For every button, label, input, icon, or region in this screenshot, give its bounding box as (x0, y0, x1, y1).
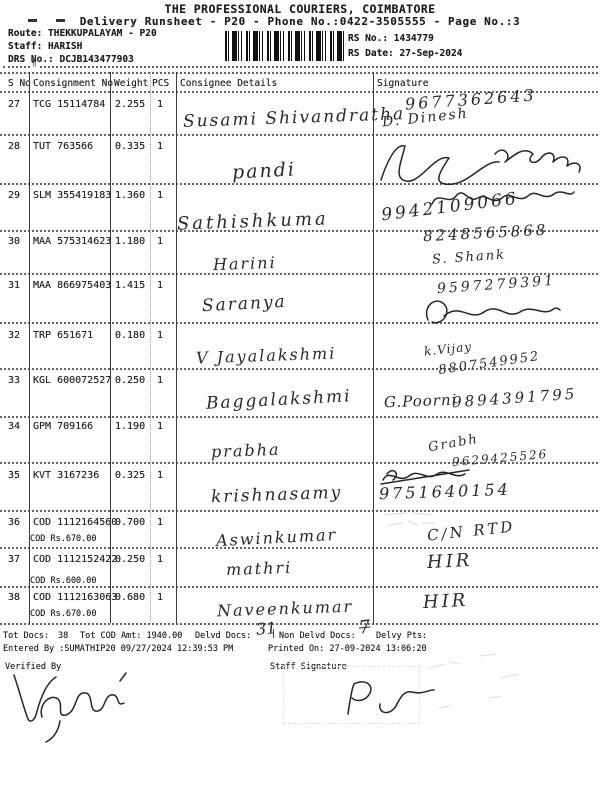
delvd-separator: | (271, 630, 276, 639)
column-rule (110, 72, 111, 623)
row-consignment: MAA 866975403 (33, 280, 111, 291)
company-title: THE PROFESSIONAL COURIERS, COIMBATORE (0, 3, 600, 16)
row-sno: 28 (8, 141, 20, 152)
col-header-pcs: PCS (152, 79, 169, 89)
col-header-consignment: Consignment No (33, 79, 113, 89)
row-pcs: 1 (157, 99, 163, 110)
consignee-handwriting: pandi (232, 160, 297, 182)
row-weight: 0.335 (115, 141, 145, 152)
row-pcs: 1 (157, 190, 163, 201)
consignee-handwriting: prabha (211, 442, 281, 460)
row-sno: 32 (8, 330, 20, 341)
scan-artifact-dash (56, 19, 65, 22)
divider-dotted (40, 66, 598, 68)
column-rule (176, 72, 177, 623)
row-pcs: 1 (157, 470, 163, 481)
row-sno: 31 (8, 280, 20, 291)
faint-stamp-artifact (370, 505, 440, 531)
tot-docs-label: Tot Docs: (3, 632, 49, 641)
row-pcs: 1 (157, 141, 163, 152)
tot-cod-amount: Tot COD Amt: 1940.00 (80, 632, 182, 641)
consignee-handwriting: V Jayalakshmi (196, 346, 337, 367)
tot-docs-value: 38 (58, 632, 68, 641)
row-weight: 0.250 (115, 375, 145, 386)
row-consignment: SLM 355419183 (33, 190, 111, 201)
consignee-handwriting: mathri (226, 560, 293, 578)
row-pcs: 1 (157, 236, 163, 247)
row-weight: 0.180 (115, 330, 145, 341)
row-weight: 0.680 (115, 592, 145, 603)
row-rule (0, 416, 598, 418)
row-weight: 1.180 (115, 236, 145, 247)
consignee-handwriting: Aswinkumar (216, 527, 338, 549)
row-pcs: 1 (157, 592, 163, 603)
table-bottom-rule (0, 623, 598, 625)
route-text: Route: THEKKUPALAYAM - P20 (8, 29, 157, 39)
row-cod-amount: COD Rs.600.00 (30, 577, 97, 586)
col-header-weight: Weight (114, 79, 148, 89)
scan-artifact-dash (28, 19, 37, 22)
row-sno: 38 (8, 592, 20, 603)
column-rule-faint (150, 72, 151, 623)
row-consignment: KVT 3167236 (33, 470, 99, 481)
signature-phone: 9751640154 (379, 482, 511, 503)
row-pcs: 1 (157, 375, 163, 386)
consignee-handwriting: Naveenkumar (217, 599, 354, 620)
row-rule (0, 510, 598, 512)
signature-scribble (418, 292, 563, 332)
row-pcs: 1 (157, 517, 163, 528)
rs-number: RS No.: 1434779 (348, 34, 434, 44)
row-weight: 1.190 (115, 421, 145, 432)
row-weight: 0.700 (115, 517, 145, 528)
column-rule (373, 72, 374, 623)
signature-phone: 9894391795 (452, 387, 578, 411)
signature-name: Grabh (427, 433, 480, 455)
barcode (225, 31, 345, 61)
row-consignment: KGL 600072527 (33, 375, 111, 386)
row-sno: 37 (8, 554, 20, 565)
row-consignment: TRP 651671 (33, 330, 93, 341)
delvd-docs-label: Delvd Docs: (195, 632, 251, 641)
delvy-pts-label: Delvy Pts: (376, 632, 427, 641)
row-consignment: COD 1112164560 (33, 517, 117, 528)
signature-note: HIR (423, 592, 469, 612)
non-delvd-handwritten: 7 (358, 618, 371, 637)
row-pcs: 1 (157, 554, 163, 565)
row-weight: 1.360 (115, 190, 145, 201)
row-weight: 0.250 (115, 554, 145, 565)
row-sno: 34 (8, 421, 20, 432)
row-pcs: 1 (157, 280, 163, 291)
drs-number: DRS No.: DCJB143477903 (8, 55, 134, 65)
row-sno: 35 (8, 470, 20, 481)
row-rule (0, 273, 598, 275)
row-weight: 1.415 (115, 280, 145, 291)
row-sno: 30 (8, 236, 20, 247)
non-delvd-label: Non Delvd Docs: (279, 632, 356, 641)
consignee-handwriting: Sathishkuma (177, 210, 329, 233)
row-consignment: COD 1112152422 (33, 554, 117, 565)
rs-date: RS Date: 27-Sep-2024 (348, 49, 462, 59)
row-weight: 2.255 (115, 99, 145, 110)
signature-name: S. Shank (432, 248, 507, 266)
runsheet-subtitle: Delivery Runsheet - P20 - Phone No.:0422… (0, 16, 600, 28)
row-consignment: COD 1112163063 (33, 592, 117, 603)
divider-dotted (3, 66, 30, 68)
signature-phone: 8248565868 (423, 223, 549, 245)
table-top-rule (0, 72, 598, 74)
faint-pencil-marks (420, 648, 530, 718)
verified-by-signature (8, 665, 128, 743)
consignee-handwriting: Saranya (202, 294, 288, 315)
printed-on-line: Printed On: 27-09-2024 13:06:20 (268, 645, 427, 654)
row-cod-amount: COD Rs.670.00 (30, 610, 97, 619)
consignee-handwriting: Harini (213, 255, 277, 273)
col-header-sno: S No (8, 79, 31, 89)
row-consignment: GPM 709166 (33, 421, 93, 432)
entered-by-line: Entered By :SUMATHIP20 09/27/2024 12:39:… (3, 645, 233, 654)
staff-text: Staff: HARISH (8, 42, 82, 52)
row-consignment: TCG 15114784 (33, 99, 105, 110)
row-consignment: TUT 763566 (33, 141, 93, 152)
row-weight: 0.325 (115, 470, 145, 481)
row-sno: 36 (8, 517, 20, 528)
consignee-handwriting: krishnasamy (211, 485, 343, 507)
row-pcs: 1 (157, 330, 163, 341)
scanned-delivery-runsheet: THE PROFESSIONAL COURIERS, COIMBATORE De… (0, 0, 600, 800)
row-sno: 33 (8, 375, 20, 386)
signature-name: k.Vijay (424, 341, 473, 358)
row-cod-amount: COD Rs.670.00 (30, 535, 97, 544)
consignee-handwriting: Baggalakshmi (206, 388, 352, 413)
row-sno: 27 (8, 99, 20, 110)
row-rule (0, 547, 598, 549)
signature-note: HIR (427, 552, 473, 572)
pilcrow-artifact: ¶ (31, 60, 36, 70)
row-pcs: 1 (157, 421, 163, 432)
row-sno: 29 (8, 190, 20, 201)
signature-name: G.Poorni (384, 393, 458, 411)
col-header-consignee: Consignee Details (180, 79, 277, 89)
row-consignment: MAA 575314623 (33, 236, 111, 247)
col-header-signature: Signature (377, 79, 428, 89)
